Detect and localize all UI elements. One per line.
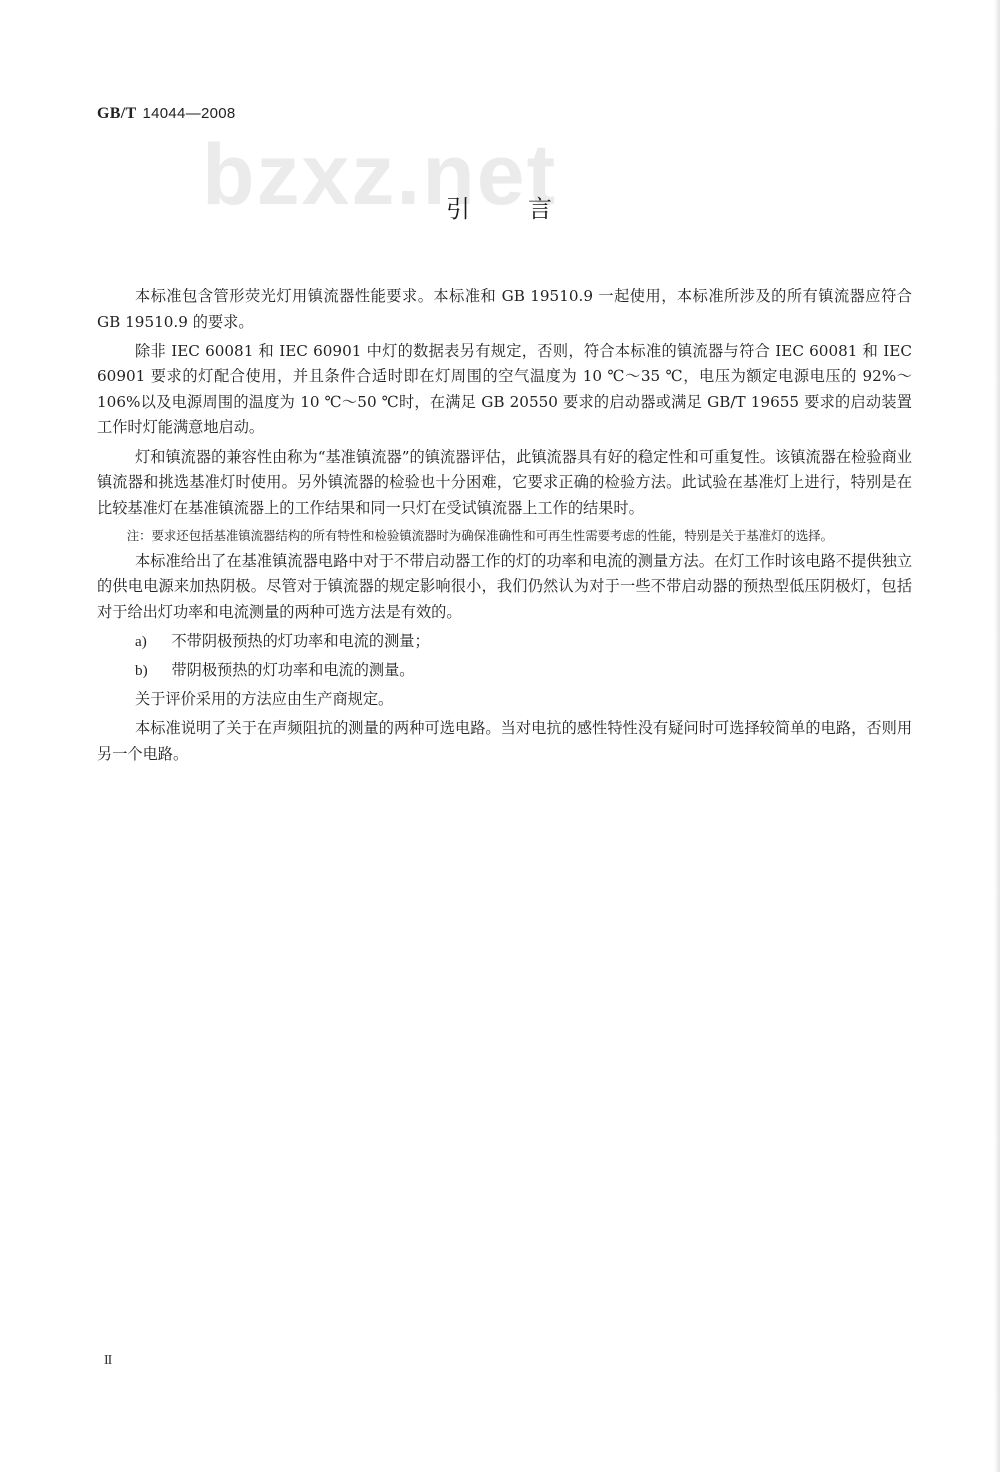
paragraph-starting-conditions: 除非 IEC 60081 和 IEC 60901 中灯的数据表另有规定，否则，符… [97, 339, 912, 441]
list-item-a: a)不带阴极预热的灯功率和电流的测量； [97, 629, 912, 655]
standard-number: 14044—2008 [142, 105, 235, 122]
paragraph-measurement-methods: 本标准给出了在基准镇流器电路中对于不带启动器工作的灯的功率和电流的测量方法。在灯… [97, 549, 912, 626]
list-marker: a) [135, 629, 171, 655]
note: 注：要求还包括基准镇流器结构的所有特性和检验镇流器时为确保准确性和可再生性需要考… [127, 525, 912, 547]
list-marker: b) [135, 658, 171, 684]
standard-prefix: GB/T [97, 105, 136, 122]
paragraph-audio-impedance: 本标准说明了关于在声频阻抗的测量的两种可选电路。当对电抗的感性特性没有疑问时可选… [97, 716, 912, 767]
standard-code-header: GB/T14044—2008 [97, 104, 236, 123]
paragraph-scope: 本标准包含管形荧光灯用镇流器性能要求。本标准和 GB 19510.9 一起使用，… [97, 284, 912, 335]
list-item-b: b)带阴极预热的灯功率和电流的测量。 [97, 658, 912, 684]
page-title: 引言 [446, 197, 610, 221]
paragraph-evaluation-method: 关于评价采用的方法应由生产商规定。 [97, 687, 912, 713]
page-number: II [104, 1353, 111, 1369]
list-item-text: 不带阴极预热的灯功率和电流的测量； [171, 632, 429, 650]
list-item-text: 带阴极预热的灯功率和电流的测量。 [171, 661, 414, 679]
document-body: 本标准包含管形荧光灯用镇流器性能要求。本标准和 GB 19510.9 一起使用，… [97, 284, 912, 771]
paragraph-reference-ballast: 灯和镇流器的兼容性由称为“基准镇流器”的镇流器评估，此镇流器具有好的稳定性和可重… [97, 445, 912, 522]
page-edge-shadow [994, 0, 1000, 1472]
